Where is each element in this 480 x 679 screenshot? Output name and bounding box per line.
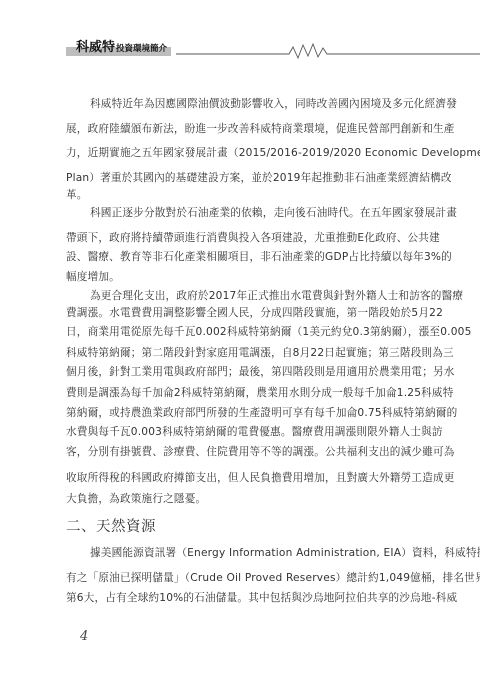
document-page: 科威特 投資環境簡介 科威特近年為因應國際油價波動影響收入，同時改善國內困境及多…: [0, 0, 480, 679]
paragraph-3-line-3: 日，商業用電從原先每千瓦0.002科威特第納爾（1美元約兌0.3第納爾），漲至0…: [66, 325, 412, 339]
paragraph-2-line-4: 幅度增加。: [66, 270, 412, 284]
paragraph-1-line-4: Plan）著重於其國內的基礎建設方案，並於2019年起推動非石油產業經濟結構改: [66, 171, 412, 185]
paragraph-3-line-2: 費調漲。水電費費用調整影響全國人民，分成四階段實施，第一階段始於5月22: [66, 306, 412, 320]
paragraph-3-line-6: 費則是調漲為每千加侖2科威特第納爾，農業用水則分成一般每千加侖1.25科威特: [66, 386, 412, 400]
paragraph-3-line-1: 為更合理化支出，政府於2017年正式推出水電費與針對外籍人士和訪客的醫療: [90, 289, 412, 303]
paragraph-1-line-3: 力，近期實施之五年國家發展計畫（2015/2016-2019/2020 Econ…: [66, 146, 412, 160]
page-number: 4: [80, 629, 88, 644]
paragraph-2-line-1: 科國正逐步分散對於石油產業的依賴，走向後石油時代。在五年國家發展計畫: [90, 206, 412, 220]
header-title-main: 科威特: [76, 40, 115, 56]
header-zigzag-rule-icon: [176, 43, 480, 63]
paragraph-2-line-2: 帶頭下，政府將持續帶頭進行消費與投入各項建設，尤重推動E化政府、公共建: [66, 231, 412, 245]
paragraph-1-line-2: 展，政府陸續頒布新法，盼進一步改善科威特商業環境，促進民營部門創新和生產: [66, 122, 412, 136]
paragraph-2-line-3: 設、醫療、教育等非石化產業相關項目，非石油產業的GDP占比持續以每年3%的: [66, 250, 412, 264]
paragraph-3-line-8: 水費與每千瓦0.003科威特第納爾的電費優惠。醫療費用調漲則限外籍人士與訪: [66, 425, 412, 439]
section-heading: 二、天然資源: [66, 518, 156, 536]
paragraph-3-line-7: 第納爾，或持農漁業政府部門所發的生產證明可享有每千加侖0.75科威特第納爾的: [66, 406, 412, 420]
paragraph-3-line-9: 客，分別有掛號費、診療費、住院費用等不等的調漲。公共福利支出的減少雖可為: [66, 445, 412, 459]
header-title: 科威特 投資環境簡介: [66, 40, 171, 56]
section-paragraph-line-2: 有之「原油已探明儲量」（Crude Oil Proved Reserves）總計…: [66, 571, 412, 585]
header-title-sub: 投資環境簡介: [116, 42, 167, 56]
paragraph-3-line-4: 科威特第納爾；第二階段針對家庭用電調漲，自8月22日起實施；第三階段則為三: [66, 346, 412, 360]
paragraph-3-line-5: 個月後，針對工業用電與政府部門；最後，第四階段則是用適用於農業用電；另水: [66, 365, 412, 379]
paragraph-1-line-1: 科威特近年為因應國際油價波動影響收入，同時改善國內困境及多元化經濟發: [90, 97, 412, 111]
running-header: 科威特 投資環境簡介: [66, 40, 416, 64]
paragraph-1-line-5: 革。: [66, 188, 412, 202]
paragraph-3-line-11: 大負擔，為政策施行之隱憂。: [66, 492, 412, 506]
paragraph-3-line-10: 收取所得稅的科國政府撙節支出，但人民負擔費用增加，且對廣大外籍勞工造成更: [66, 471, 412, 485]
section-paragraph-line-1: 據美國能源資訊署（Energy Information Administrati…: [90, 546, 412, 560]
section-paragraph-line-3: 第6大，占有全球約10%的石油儲量。其中包括與沙烏地阿拉伯共享的沙烏地-科威: [66, 591, 412, 605]
